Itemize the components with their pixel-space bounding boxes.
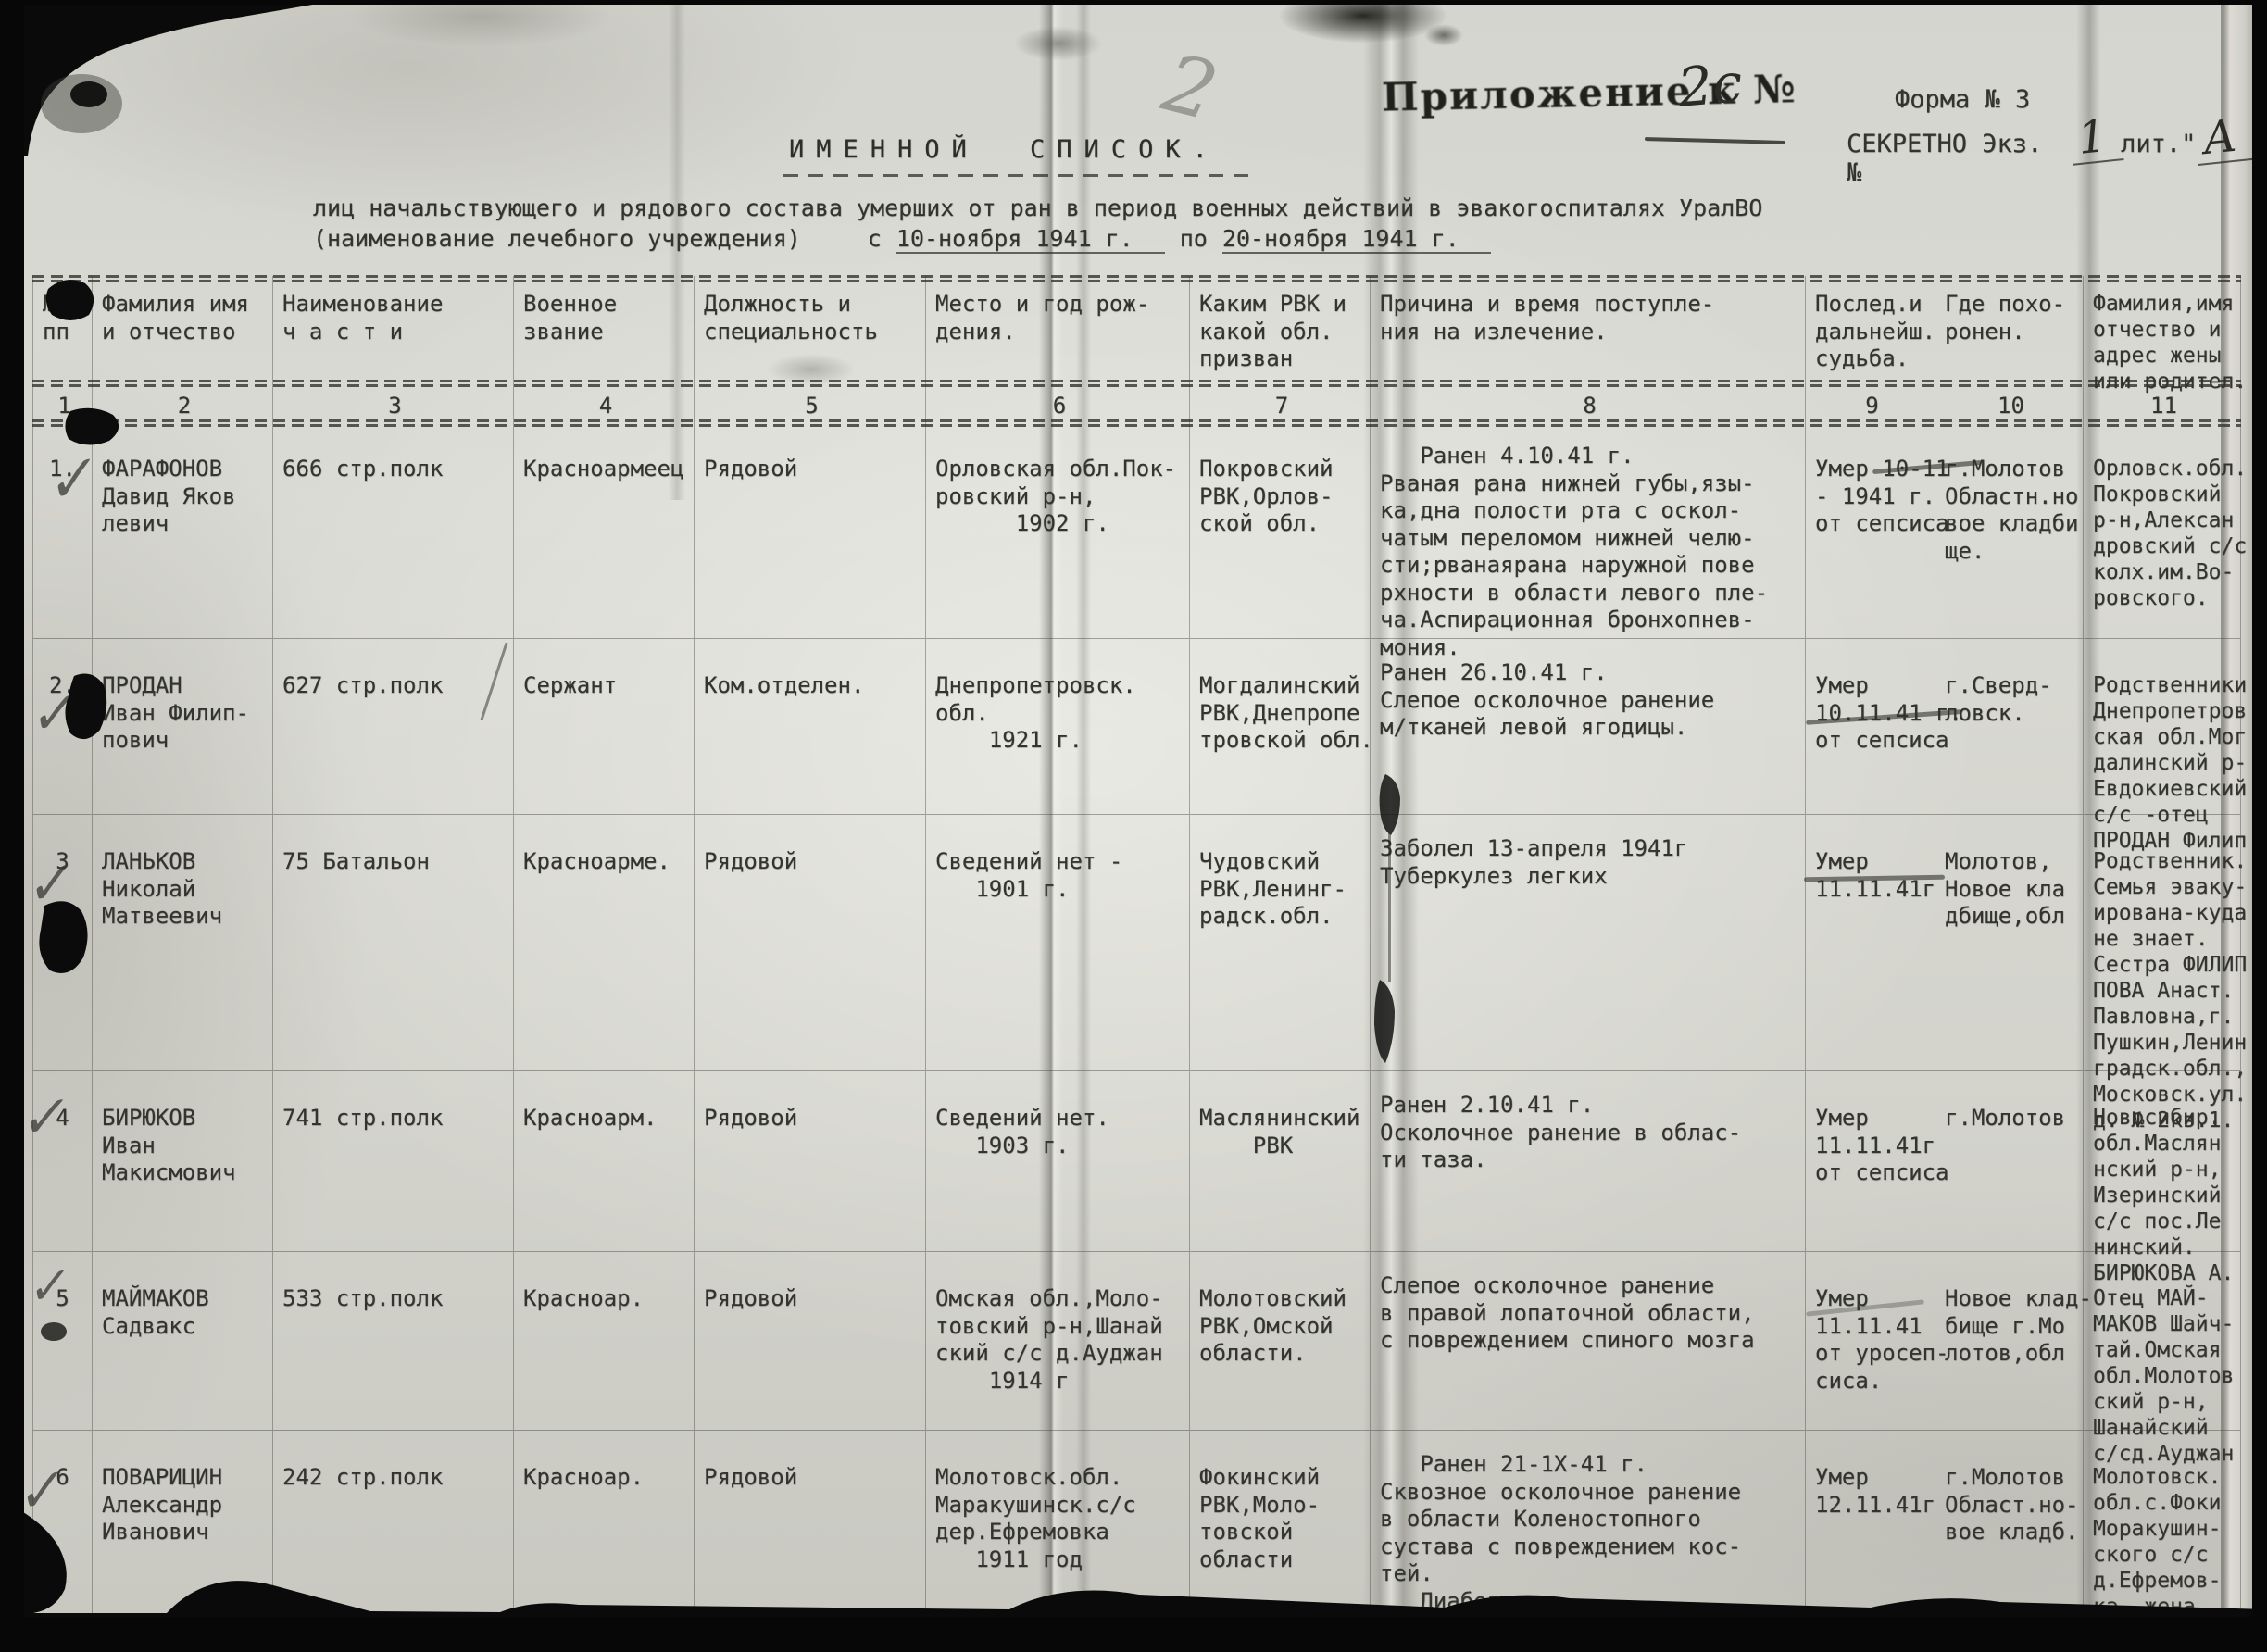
scan-edge [0, 1617, 2267, 1652]
cell-grave: Молотов, Новое кла дбище,обл [1935, 815, 2084, 1071]
scan-edge [0, 0, 24, 1652]
cell-duty: Рядовой [695, 1431, 926, 1618]
cell-rank: Сержант [514, 639, 695, 815]
header-col-name: Фамилия имя и отчество [93, 276, 273, 382]
colnum-9: 9 [1806, 382, 1935, 422]
copy-number-handwritten: 1 [2068, 112, 2123, 165]
form-number-label: Форма № 3 [1895, 85, 2030, 114]
colnum-2: 2 [93, 382, 273, 422]
cell-rank: Красноарме. [514, 815, 695, 1071]
header-col-duty: Должность и специальность [695, 276, 926, 382]
title-underline [783, 174, 1258, 177]
header-col-fate: Послед.и дальнейш. судьба. [1806, 276, 1935, 382]
cell-grave: г.Молотов [1935, 1071, 2084, 1252]
subtitle-line2: (наименование лечебного учреждения) с 10… [313, 225, 1491, 254]
cell-duty: Рядовой [695, 422, 926, 639]
header-col-cause: Причина и время поступле- ния на излечен… [1371, 276, 1806, 382]
header-col-family: Фамилия,имя отчество и адрес жены или ро… [2084, 276, 2241, 382]
cell-num: 5 [32, 1252, 93, 1431]
cell-duty: Рядовой [695, 1071, 926, 1252]
colnum-4: 4 [514, 382, 695, 422]
date-from-value: 10-ноября 1941 г. [896, 225, 1165, 254]
subtitle-line1: лиц начальствующего и рядового состава у… [313, 194, 1762, 221]
header-col-unit: Наименование ч а с т и [273, 276, 514, 382]
cell-grave: Новое клад- бище г.Мо лотов,обл [1935, 1252, 2084, 1431]
cell-unit: 75 Батальон [273, 815, 514, 1071]
cell-fate: Умер 11.11.41г от сепсиса [1806, 1071, 1935, 1252]
liter-label: лит." [2121, 115, 2196, 158]
cell-birth: Днепропетровск. обл. 1921 г. [926, 639, 1190, 815]
cell-rvk: Фокинский РВК,Моло- товской области [1190, 1431, 1371, 1618]
cell-num: 3 [32, 815, 93, 1071]
cell-grave: г.Сверд- ловск. [1935, 639, 2084, 815]
cell-duty: Рядовой [695, 1252, 926, 1431]
cell-grave: г.Молотов Област.но- вое кладб. [1935, 1431, 2084, 1618]
cell-birth: Орловская обл.Пок- ровский р-н, 1902 г. [926, 422, 1190, 639]
cell-duty: Рядовой [695, 815, 926, 1071]
colnum-8: 8 [1371, 382, 1806, 422]
cell-name: ФАРАФОНОВ Давид Яков левич [93, 422, 273, 639]
cell-unit: 242 стр.полк [273, 1431, 514, 1618]
cell-cause: Ранен 4.10.41 г. Рваная рана нижней губы… [1371, 422, 1806, 639]
colnum-1: 1 [32, 382, 93, 422]
cell-family: Отец МАЙ- МАКОВ Шайч- тай.Омская обл.Мол… [2084, 1252, 2241, 1431]
cell-rank: Красноарм. [514, 1071, 695, 1252]
colnum-10: 10 [1935, 382, 2084, 422]
cell-name: ПОВАРИЦИН Александр Иванович [93, 1431, 273, 1618]
cell-rvk: Могдалинский РВК,Днепропе тровской обл. [1190, 639, 1371, 815]
cell-unit: 741 стр.полк [273, 1071, 514, 1252]
header-col-rank: Военное звание [514, 276, 695, 382]
cell-rank: Красноармеец [514, 422, 695, 639]
scanned-document-page: Приложение к № 2с Форма № 3 СЕКРЕТНО Экз… [0, 0, 2267, 1652]
form-hint-label: (наименование лечебного учреждения) [313, 225, 801, 254]
cell-rank: Красноар. [514, 1252, 695, 1431]
cell-birth: Молотовск.обл. Маракушинск.с/с дер.Ефрем… [926, 1431, 1190, 1618]
cell-rvk: Покровский РВК,Орлов- ской обл. [1190, 422, 1371, 639]
scan-edge [0, 0, 2267, 5]
cell-birth: Омская обл.,Моло- товский р-н,Шанай ский… [926, 1252, 1190, 1431]
appendix-number-handwritten: 2с [1675, 51, 1745, 119]
scan-edge [2252, 0, 2267, 1652]
cell-birth: Сведений нет. 1903 г. [926, 1071, 1190, 1252]
cell-cause: Слепое осколочное ранение в правой лопат… [1371, 1252, 1806, 1431]
cell-unit: 533 стр.полк [273, 1252, 514, 1431]
date-to-value: 20-ноября 1941 г. [1222, 225, 1491, 254]
cell-rank: Красноар. [514, 1431, 695, 1618]
cell-grave: г.Молотов Областн.но вое кладби ще. [1935, 422, 2084, 639]
colnum-7: 7 [1190, 382, 1371, 422]
header-col-rvk: Каким РВК и какой обл. призван [1190, 276, 1371, 382]
cell-family: Родственники Днепропетров ская обл.Мог д… [2084, 639, 2241, 815]
header-col-birth: Место и год рож- дения. [926, 276, 1190, 382]
secret-label: СЕКРЕТНО Экз. № [1847, 115, 2071, 187]
cell-cause: Ранен 21-1Х-41 г. Сквозное осколочное ра… [1371, 1431, 1806, 1618]
cell-family: Орловск.обл. Покровский р-н,Алексан дров… [2084, 422, 2241, 639]
colnum-3: 3 [273, 382, 514, 422]
cell-fate: Умер 10.11.41 г. от сепсиса [1806, 639, 1935, 815]
cell-num: 4 [32, 1071, 93, 1252]
cell-cause: Заболел 13-апреля 1941г Туберкулез легки… [1371, 815, 1806, 1071]
secret-classification-line: СЕКРЕТНО Экз. № 1 лит." А " [1847, 115, 2267, 187]
cell-rvk: Чудовский РВК,Ленинг- радск.обл. [1190, 815, 1371, 1071]
cell-unit: 666 стр.полк [273, 422, 514, 639]
colnum-11: 11 [2084, 382, 2241, 422]
cell-rvk: Маслянинский РВК [1190, 1071, 1371, 1252]
cell-num: 2. [32, 639, 93, 815]
cell-fate: Умер 12.11.41г [1806, 1431, 1935, 1618]
header-col-num: №№ пп [32, 276, 93, 382]
cell-name: ПРОДАН Иван Филип- пович [93, 639, 273, 815]
cell-num: 6 [32, 1431, 93, 1618]
cell-duty: Ком.отделен. [695, 639, 926, 815]
cell-family: Родственник. Семья эваку- ирована-куда н… [2084, 815, 2241, 1071]
cell-fate: Умер 11.11.41г [1806, 815, 1935, 1071]
cell-name: МАЙМАКОВ Садвакс [93, 1252, 273, 1431]
cell-birth: Сведений нет - 1901 г. [926, 815, 1190, 1071]
header-col-grave: Где похо- ронен. [1935, 276, 2084, 382]
cell-num: 1. [32, 422, 93, 639]
cell-fate: Умер 11.11.41 от уросеп- сиса. [1806, 1252, 1935, 1431]
colnum-6: 6 [926, 382, 1190, 422]
cell-rvk: Молотовский РВК,Омской области. [1190, 1252, 1371, 1431]
casualty-table: №№ пп Фамилия имя и отчество Наименовани… [32, 276, 2241, 1618]
cell-unit: 627 стр.полк [273, 639, 514, 815]
cell-cause: Ранен 26.10.41 г. Слепое осколочное ране… [1371, 639, 1806, 815]
cell-name: БИРЮКОВ Иван Макисмович [93, 1071, 273, 1252]
cell-fate: Умер 10-11 - 1941 г. от сепсиса [1806, 422, 1935, 639]
cell-cause: Ранен 2.10.41 г. Осколочное ранение в об… [1371, 1071, 1806, 1252]
page-title: ИМЕННОЙ СПИСОК. [789, 135, 1220, 164]
colnum-5: 5 [695, 382, 926, 422]
date-from-label: с [868, 225, 882, 254]
cell-name: ЛАНЬКОВ Николай Матвеевич [93, 815, 273, 1071]
cell-family: Молотовск. обл.с.Фоки Моракушин- ского с… [2084, 1431, 2241, 1618]
cell-family: Новосибир. обл.Маслян нский р-н, Изеринс… [2084, 1071, 2241, 1252]
date-to-label: по [1180, 225, 1208, 254]
liter-value-handwritten: А [2194, 112, 2254, 166]
